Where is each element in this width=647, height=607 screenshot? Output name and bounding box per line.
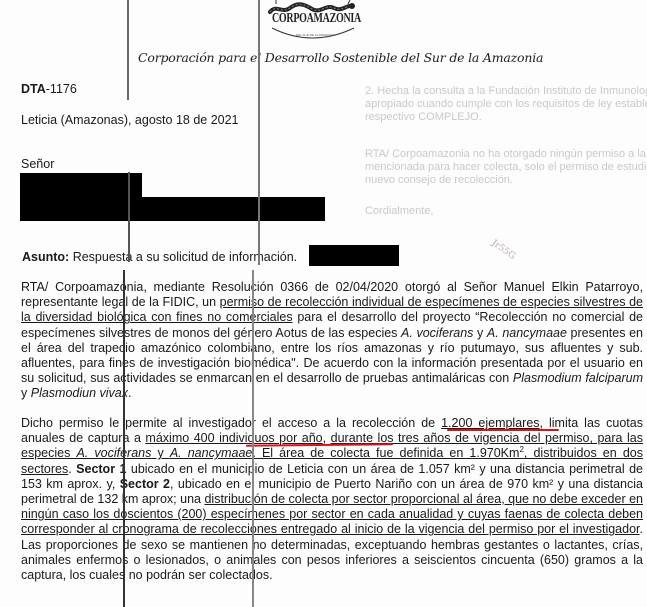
place-date: Leticia (Amazonas), agosto 18 de 2021 [21,113,239,127]
body-paragraph-1: RTA/ Corpoamazonia, mediante Resolución … [21,280,643,402]
subject-line: Asunto: Respuesta a su solicitud de info… [22,250,297,264]
bleed-through-text: 2. Hecha la consulta a la Fundación Inst… [365,85,647,124]
body-paragraph-2: Dicho permiso le permite al investigador… [21,416,643,583]
reference-number: DTA-1176 [21,82,77,96]
corpoamazonia-logo: CORPOAMAZONIA DEL SUR DE LA AMAZONIA [262,0,362,44]
salutation: Señor [21,157,54,171]
logo-subtext: DEL SUR DE LA AMAZONIA [296,33,335,37]
subject-text: Respuesta a su solicitud de información. [73,250,297,264]
organization-name: Corporación para el Desarrollo Sostenibl… [138,50,543,65]
logo-wordmark: CORPOAMAZONIA [272,11,361,26]
scan-line [252,270,254,607]
bleed-through-text: Cordialmente, [365,205,433,218]
redacted-address [20,197,325,221]
letter-page: 2. Hecha la consulta a la Fundación Inst… [0,0,647,607]
subject-label: Asunto: [22,250,69,264]
scan-line [123,270,125,607]
redacted-name [20,173,142,198]
scan-line [258,0,260,265]
scan-line [128,172,130,262]
scan-line [127,0,129,100]
red-pen-underline [447,429,559,431]
handwritten-mark: Jr55G [490,238,517,261]
redacted-subject-detail [309,245,399,266]
bleed-through-text: RTA/ Corpoamazonia no ha otorgado ningún… [365,148,647,187]
